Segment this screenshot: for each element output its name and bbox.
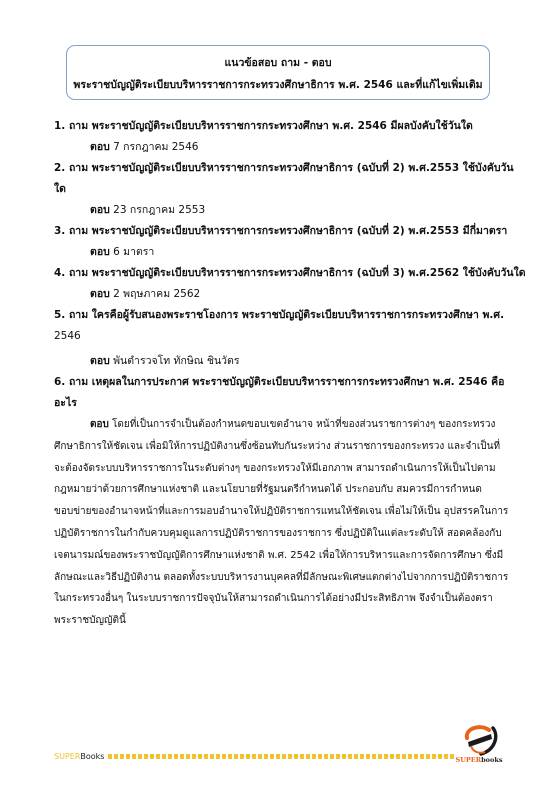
page-footer: SUPERBooks bbox=[54, 749, 454, 763]
answer-2: ตอบ 23 กรกฎาคม 2553 bbox=[54, 200, 504, 221]
logo-wordmark: SUPERbooks bbox=[455, 756, 503, 764]
footer-brand-books: Books bbox=[80, 752, 104, 761]
question-label: ถาม bbox=[69, 225, 88, 237]
paragraph-text: โดยที่เป็นการจำเป็นต้องกำหนดขอบเขตอำนาจ … bbox=[112, 419, 495, 430]
paragraph-line: ตอบ โดยที่เป็นการจำเป็นต้องกำหนดขอบเขตอำ… bbox=[54, 414, 504, 436]
footer-divider bbox=[108, 754, 454, 759]
question-text: พระราชบัญญัติระเบียบบริหารราชการกระทรวงศ… bbox=[92, 267, 526, 279]
question-1: 1. ถาม พระราชบัญญัติระเบียบบริหารราชการก… bbox=[54, 116, 504, 137]
question-number: 6. bbox=[54, 376, 65, 388]
question-text: พระราชบัญญัติระเบียบบริหารราชการกระทรวงศ… bbox=[92, 225, 507, 237]
paragraph-line: ปฏิบัติราชการในกำกับควบคุมดูแลการปฏิบัติ… bbox=[54, 523, 504, 545]
paragraph-line: ขอบข่ายของอำนาจหน้าที่และการมอบอำนาจให้ป… bbox=[54, 501, 504, 523]
paragraph-line: เจตนารมณ์ของพระราชบัญญัติการศึกษาแห่งชาต… bbox=[54, 545, 504, 567]
question-4: 4. ถาม พระราชบัญญัติระเบียบบริหารราชการก… bbox=[54, 263, 504, 284]
question-number: 1. bbox=[54, 120, 65, 132]
paragraph-line: จะต้องจัดระบบบริหารราชการในระดับต่างๆ ขอ… bbox=[54, 458, 504, 480]
question-label: ถาม bbox=[69, 162, 88, 174]
answer-label: ตอบ bbox=[90, 204, 110, 216]
question-6: 6. ถาม เหตุผลในการประกาศ พระราชบัญญัติระ… bbox=[54, 372, 504, 393]
answer-text: 23 กรกฎาคม 2553 bbox=[113, 204, 205, 216]
paragraph-line: ศึกษาธิการให้ชัดเจน เพื่อมิให้การปฏิบัติ… bbox=[54, 436, 504, 458]
answer-label: ตอบ bbox=[90, 355, 110, 367]
question-2-cont: ใด bbox=[54, 179, 504, 200]
question-2: 2. ถาม พระราชบัญญัติระเบียบบริหารราชการก… bbox=[54, 158, 504, 179]
answer-5: ตอบ พันตำรวจโท ทักษิณ ชินวัตร bbox=[54, 351, 504, 372]
answer-text: พันตำรวจโท ทักษิณ ชินวัตร bbox=[113, 355, 239, 367]
paragraph-line: ในกระทรวงอื่นๆ ในระบบราชการปัจจุบันให้สา… bbox=[54, 588, 504, 610]
question-number: 2. bbox=[54, 162, 65, 174]
question-5: 5. ถาม ใครคือผู้รับสนองพระราชโองการ พระร… bbox=[54, 305, 504, 326]
document-subtitle: พระราชบัญญัติระเบียบบริหารราชการกระทรวงศ… bbox=[67, 76, 489, 93]
paragraph-line: พระราชบัญญัตินี้ bbox=[54, 610, 504, 632]
answer-text: 2 พฤษภาคม 2562 bbox=[113, 288, 200, 300]
title-box: แนวข้อสอบ ถาม - ตอบ พระราชบัญญัติระเบียบ… bbox=[66, 45, 490, 100]
question-6-cont: อะไร bbox=[54, 393, 504, 414]
question-number: 3. bbox=[54, 225, 65, 237]
paragraph-line: กฎหมายว่าด้วยการศึกษาแห่งชาติ และนโยบายท… bbox=[54, 479, 504, 501]
question-text: ใครคือผู้รับสนองพระราชโองการ พระราชบัญญั… bbox=[92, 309, 504, 321]
question-number: 4. bbox=[54, 267, 65, 279]
answer-label: ตอบ bbox=[90, 246, 110, 258]
answer-1: ตอบ 7 กรกฎาคม 2546 bbox=[54, 137, 504, 158]
question-text: เหตุผลในการประกาศ พระราชบัญญัติระเบียบบร… bbox=[92, 376, 505, 388]
paragraph-line: ลักษณะและวิธีปฏิบัติงาน ตลอดทั้งระบบบริห… bbox=[54, 567, 504, 589]
answer-text: 6 มาตรา bbox=[113, 246, 154, 258]
question-label: ถาม bbox=[69, 376, 88, 388]
answer-label: ตอบ bbox=[90, 141, 110, 153]
document-title: แนวข้อสอบ ถาม - ตอบ bbox=[67, 54, 489, 71]
answer-text: 7 กรกฎาคม 2546 bbox=[113, 141, 198, 153]
question-number: 5. bbox=[54, 309, 65, 321]
answer-6-paragraph: ตอบ โดยที่เป็นการจำเป็นต้องกำหนดขอบเขตอำ… bbox=[54, 414, 504, 632]
footer-brand-super: SUPER bbox=[54, 752, 80, 761]
answer-label: ตอบ bbox=[90, 288, 110, 300]
qa-content: 1. ถาม พระราชบัญญัติระเบียบบริหารราชการก… bbox=[54, 116, 504, 632]
question-3: 3. ถาม พระราชบัญญัติระเบียบบริหารราชการก… bbox=[54, 221, 504, 242]
question-text: พระราชบัญญัติระเบียบบริหารราชการกระทรวงศ… bbox=[92, 162, 514, 174]
superbooks-logo: SUPERbooks bbox=[455, 722, 503, 766]
logo-super-text: SUPER bbox=[456, 756, 482, 764]
answer-3: ตอบ 6 มาตรา bbox=[54, 242, 504, 263]
answer-4: ตอบ 2 พฤษภาคม 2562 bbox=[54, 284, 504, 305]
logo-swoosh-icon bbox=[455, 722, 503, 758]
logo-books-text: books bbox=[481, 756, 502, 764]
question-label: ถาม bbox=[69, 120, 88, 132]
answer-label: ตอบ bbox=[90, 419, 109, 430]
question-label: ถาม bbox=[69, 309, 88, 321]
question-text: พระราชบัญญัติระเบียบบริหารราชการกระทรวงศ… bbox=[92, 120, 473, 132]
question-5-cont: 2546 bbox=[54, 326, 504, 347]
question-label: ถาม bbox=[69, 267, 88, 279]
